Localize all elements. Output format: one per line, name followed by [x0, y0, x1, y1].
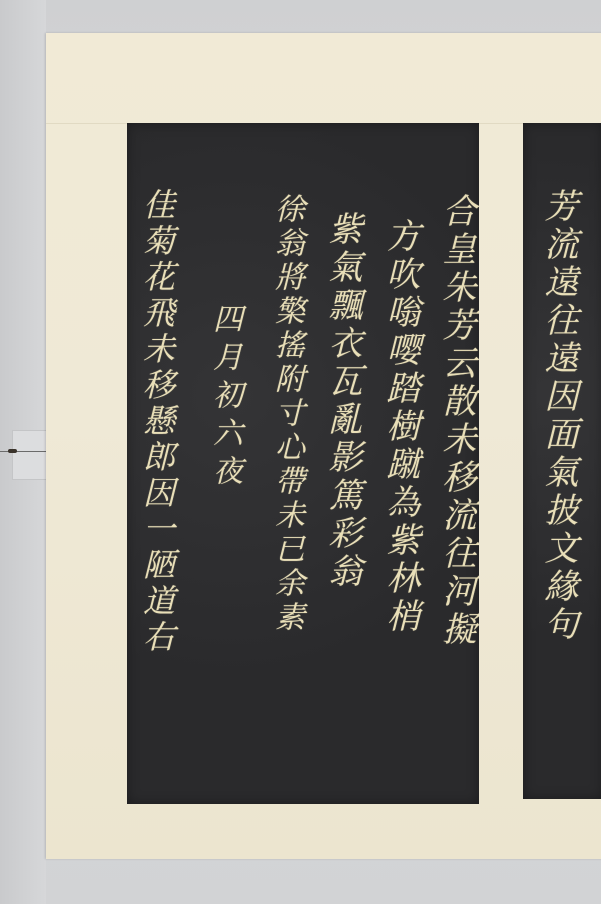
date-column: 四月初六夜 — [209, 303, 239, 493]
calligraphy-column: 合皇朱芳云散未移流往河擬 — [439, 193, 473, 649]
rubbing-panel-main: 合皇朱芳云散未移流往河擬 方吹嗡嘤踏樹蹴為紫林梢 紫氣飄衣瓦亂影篤彩翁 徐翁將檠… — [127, 123, 479, 804]
calligraphy-column: 紫氣飄衣瓦亂影篤彩翁 — [325, 211, 359, 591]
rubbing-panel-right: 芳流遠往遠因面氣披文緣句 — [523, 123, 601, 799]
mount-tab — [12, 430, 47, 480]
thread-line — [0, 451, 46, 452]
calligraphy-column: 方吹嗡嘤踏樹蹴為紫林梢 — [383, 218, 417, 636]
calligraphy-column: 芳流遠往遠因面氣披文緣句 — [541, 188, 575, 644]
calligraphy-column: 徐翁將檠搖附寸心帶未已余素 — [271, 193, 301, 635]
ink-blot — [8, 449, 17, 453]
calligraphy-column: 佳菊花飛未移懸郎因一陋道右 — [141, 188, 173, 656]
